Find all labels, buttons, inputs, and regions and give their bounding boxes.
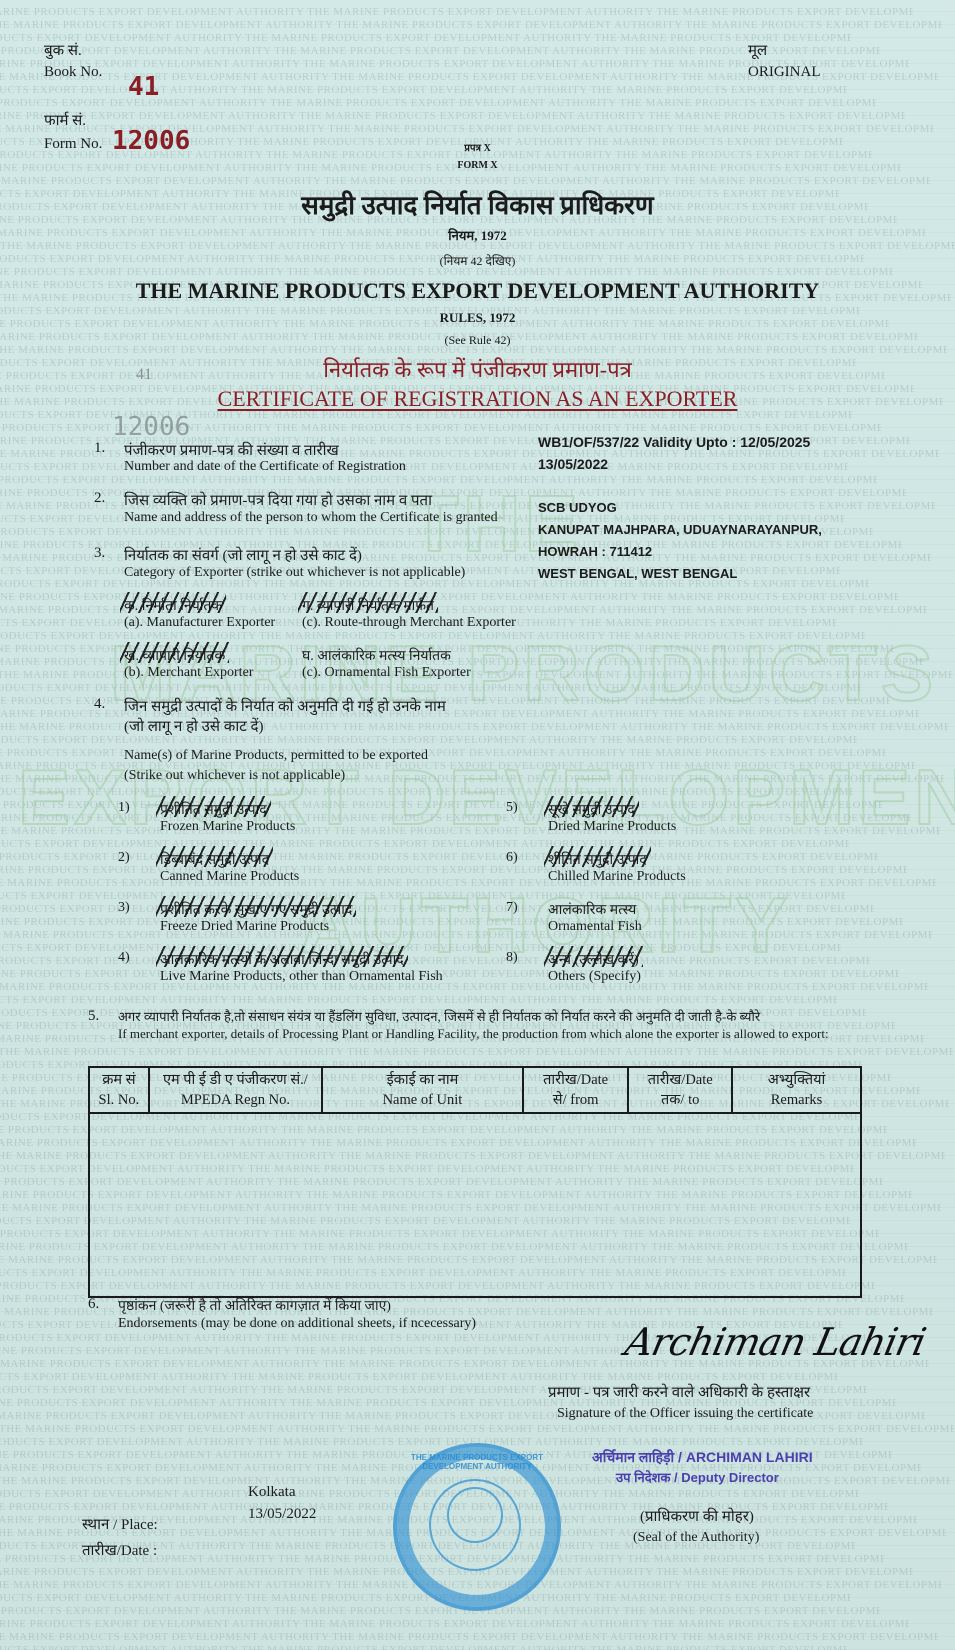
item-1-label: Number and date of the Certificate of Re…	[124, 459, 406, 475]
product-number: 7)	[506, 900, 518, 916]
authority-name: THE MARINE PRODUCTS EXPORT DEVELOPMENT A…	[0, 278, 955, 304]
product-number: 4)	[118, 950, 130, 966]
product-number: 1)	[118, 800, 130, 816]
category-merchant-exporter: ख. व्यापारी निर्यातक (b). Merchant Expor…	[124, 646, 253, 681]
item-5-label-english: If merchant exporter, details of Process…	[118, 1025, 878, 1042]
product-number: 2)	[118, 850, 130, 866]
date-label: तारीख/Date :	[82, 1540, 157, 1560]
category-b-label: (b). Merchant Exporter	[124, 665, 253, 680]
item-4-label-hindi-line-2: (जो लागू न हो उसे काट दें)	[124, 716, 263, 736]
product-name-hindi: प्रशीतित करके सुखाए गए समुद्री उत्पाद	[160, 900, 352, 919]
column-header: एम पी ई डी ए पंजीकरण सं./MPEDA Regn No.	[149, 1067, 322, 1113]
form-label-hindi: फार्म सं.	[44, 110, 86, 130]
item-5-label: अगर व्यापारी निर्यातक है,तो संसाधन संयंत…	[118, 1008, 878, 1042]
watermark-text-row: THE MARINE PRODUCTS EXPORT DEVELOPMENT A…	[0, 1644, 847, 1650]
category-route-through-merchant-exporter: ग. व्यापारी निर्यातक मार्फत (c). Route-t…	[302, 596, 516, 631]
authority-seal: THE MARINE PRODUCTS EXPORT DEVELOPMENT A…	[393, 1443, 561, 1611]
watermark-text-row: THE MARINE PRODUCTS EXPORT DEVELOPMENT A…	[0, 851, 878, 863]
item-5-label-hindi: अगर व्यापारी निर्यातक है,तो संसाधन संयंत…	[118, 1008, 878, 1025]
item-6-label: Endorsements (may be done on additional …	[118, 1316, 476, 1332]
seal-label-hindi: (प्राधिकरण की मोहर)	[640, 1506, 754, 1526]
watermark-text-row: THE MARINE PRODUCTS EXPORT DEVELOPMENT A…	[0, 110, 905, 122]
category-d-hindi: घ. आलंकारिक मत्स्य निर्यातक	[302, 649, 451, 664]
item-1-number: 1.	[94, 440, 105, 457]
column-header: अभ्युक्तियांRemarks	[732, 1067, 861, 1113]
item-6-number: 6.	[88, 1296, 99, 1313]
watermark-text-row: THE MARINE PRODUCTS EXPORT DEVELOPMENT A…	[0, 1605, 880, 1617]
watermark-text-row: THE MARINE PRODUCTS EXPORT DEVELOPMENT A…	[0, 864, 907, 876]
signature-label-hindi: प्रमाण - पत्र जारी करने वाले अधिकारी के …	[548, 1382, 810, 1402]
item-4-number: 4.	[94, 696, 105, 713]
item-5-number: 5.	[88, 1008, 99, 1025]
product-name: Dried Marine Products	[548, 819, 676, 835]
certificate-number-validity: WB1/OF/537/22 Validity Upto : 12/05/2025	[538, 434, 810, 450]
item-6-label-hindi: पृष्ठांकन (जरूरी है तो अतिरिक्त कागज़ात …	[118, 1296, 391, 1315]
seal-label: (Seal of the Authority)	[633, 1530, 759, 1546]
item-2-number: 2.	[94, 490, 105, 507]
watermark-text-row: THE MARINE PRODUCTS EXPORT DEVELOPMENT A…	[0, 1631, 938, 1643]
product-number: 5)	[506, 800, 518, 816]
product-number: 6)	[506, 850, 518, 866]
product-name: Others (Specify)	[548, 969, 641, 985]
product-name-hindi: सूखे समुद्री उत्पाद	[548, 800, 635, 819]
product-name: Chilled Marine Products	[548, 869, 686, 885]
form-type: FORM X	[0, 160, 955, 171]
item-4-label-hindi: जिन समुद्री उत्पादों के निर्यात को अनुमत…	[124, 696, 446, 716]
item-2-label-hindi: जिस व्यक्ति को प्रमाण-पत्र दिया गया हो उ…	[124, 490, 432, 510]
signature-label: Signature of the Officer issuing the cer…	[557, 1406, 813, 1422]
place-label: स्थान / Place:	[82, 1514, 158, 1534]
item-3-label-hindi: निर्यातक का संवर्ग (जो लागू न हो उसे काट…	[124, 545, 362, 565]
processing-units-table: क्रम संSl. No.एम पी ई डी ए पंजीकरण सं./M…	[88, 1066, 862, 1298]
exporter-name: SCB UDYOG	[538, 500, 617, 515]
table-header-row: क्रम संSl. No.एम पी ई डी ए पंजीकरण सं./M…	[89, 1067, 861, 1113]
category-c-label: (c). Route-through Merchant Exporter	[302, 615, 516, 630]
column-header: तारीख/Dateसे/ from	[523, 1067, 628, 1113]
authority-name-hindi: समुद्री उत्पाद निर्यात विकास प्राधिकरण	[0, 186, 955, 222]
book-label-hindi: बुक सं.	[44, 40, 82, 60]
category-manufacturer-exporter: क. निर्माता निर्यातक (a). Manufacturer E…	[124, 596, 275, 631]
table-empty-body	[89, 1113, 861, 1297]
certificate-title: CERTIFICATE OF REGISTRATION AS AN EXPORT…	[218, 386, 738, 411]
category-ornamental-fish-exporter: घ. आलंकारिक मत्स्य निर्यातक (c). Ornamen…	[302, 646, 471, 681]
rules-year: RULES, 1972	[0, 310, 955, 326]
item-4-label: Name(s) of Marine Products, permitted to…	[124, 748, 428, 764]
officer-designation-stamp: उप निदेशक / Deputy Director	[616, 1468, 779, 1486]
product-number: 3)	[118, 900, 130, 916]
product-name: Freeze Dried Marine Products	[160, 919, 352, 935]
book-number: 41	[128, 72, 159, 102]
product-name-hindi: शीतित समुद्री उत्पाद	[548, 850, 647, 869]
exporter-address-line-3: WEST BENGAL, WEST BENGAL	[538, 566, 737, 581]
category-d-label: (c). Ornamental Fish Exporter	[302, 665, 471, 680]
form-type-hindi: प्रपत्र X	[0, 140, 955, 154]
watermark-text-row: THE MARINE PRODUCTS EXPORT DEVELOPMENT A…	[0, 981, 928, 993]
item-3-label: Category of Exporter (strike out whichev…	[124, 565, 465, 581]
product-name-hindi: डिब्बाबंद समुद्री उत्पाद	[160, 850, 269, 869]
rules-year-hindi: नियम, 1972	[0, 226, 955, 244]
exporter-address-line-2: HOWRAH : 711412	[538, 544, 652, 559]
item-3-number: 3.	[94, 545, 105, 562]
faint-form-stamp: 12006	[112, 412, 190, 442]
exporter-address-line-1: KANUPAT MAJHPARA, UDUAYNARAYANPUR,	[538, 522, 822, 537]
product-name: Frozen Marine Products	[160, 819, 295, 835]
watermark-text-row: THE MARINE PRODUCTS EXPORT DEVELOPMENT A…	[0, 1423, 954, 1435]
date-value: 13/05/2022	[248, 1506, 316, 1523]
watermark-text-row: THE MARINE PRODUCTS EXPORT DEVELOPMENT A…	[0, 19, 942, 31]
seal-ring-text: THE MARINE PRODUCTS EXPORT DEVELOPMENT A…	[397, 1453, 557, 1471]
category-b-hindi: ख. व्यापारी निर्यातक	[124, 649, 225, 664]
product-name-hindi: प्रशीतित समुद्री उत्पाद	[160, 800, 267, 819]
column-header: तारीख/Dateतक/ to	[628, 1067, 732, 1113]
globe-icon	[447, 1487, 503, 1543]
faint-book-stamp: 41	[136, 366, 152, 384]
category-a-hindi: क. निर्माता निर्यातक	[124, 599, 222, 614]
product-name-hindi: आलंकारिक मत्स्यों के अलावा जिन्दा समुद्र…	[160, 950, 404, 969]
item-2-label: Name and address of the person to whom t…	[124, 510, 498, 526]
category-a-label: (a). Manufacturer Exporter	[124, 615, 275, 630]
copy-label: ORIGINAL	[748, 64, 821, 81]
watermark-text-row: THE MARINE PRODUCTS EXPORT DEVELOPMENT A…	[0, 994, 837, 1006]
officer-name-stamp: अर्चिमान लाहिड़ी / ARCHIMAN LAHIRI	[592, 1448, 813, 1467]
product-name: Canned Marine Products	[160, 869, 299, 885]
column-header: क्रम संSl. No.	[89, 1067, 149, 1113]
certificate-date: 13/05/2022	[538, 456, 608, 472]
table-body-cell	[89, 1113, 861, 1297]
book-label: Book No.	[44, 64, 102, 81]
watermark-text-row: THE MARINE PRODUCTS EXPORT DEVELOPMENT A…	[0, 6, 913, 18]
watermark-text-row: THE MARINE PRODUCTS EXPORT DEVELOPMENT A…	[0, 1618, 909, 1630]
copy-label-hindi: मूल	[748, 40, 767, 60]
product-name: Live Marine Products, other than Ornamen…	[160, 969, 443, 985]
item-4-label-line-2: (Strike out whichever is not applicable)	[124, 768, 345, 784]
watermark-text-row: THE MARINE PRODUCTS EXPORT DEVELOPMENT A…	[0, 1046, 953, 1058]
column-header: ईकाई का नामName of Unit	[322, 1067, 523, 1113]
product-name: Ornamental Fish	[548, 919, 642, 935]
certificate-title-wrap: CERTIFICATE OF REGISTRATION AS AN EXPORT…	[0, 386, 955, 412]
product-name-hindi: आलंकारिक मत्स्य	[548, 900, 642, 919]
place-value: Kolkata	[248, 1484, 295, 1501]
watermark-text-row: THE MARINE PRODUCTS EXPORT DEVELOPMENT A…	[0, 32, 851, 44]
product-name-hindi: अन्य (उल्लेख करें)	[548, 950, 639, 969]
see-rule: (See Rule 42)	[0, 333, 955, 348]
item-1-label-hindi: पंजीकरण प्रमाण-पत्र की संख्या व तारीख	[124, 440, 339, 460]
see-rule-hindi: (नियम 42 देखिए)	[0, 252, 955, 269]
watermark-text-row: THE MARINE PRODUCTS EXPORT DEVELOPMENT A…	[0, 1436, 863, 1448]
officer-signature: Archiman Lahiri	[621, 1320, 929, 1364]
category-c-hindi: ग. व्यापारी निर्यातक मार्फत	[302, 599, 434, 614]
product-number: 8)	[506, 950, 518, 966]
